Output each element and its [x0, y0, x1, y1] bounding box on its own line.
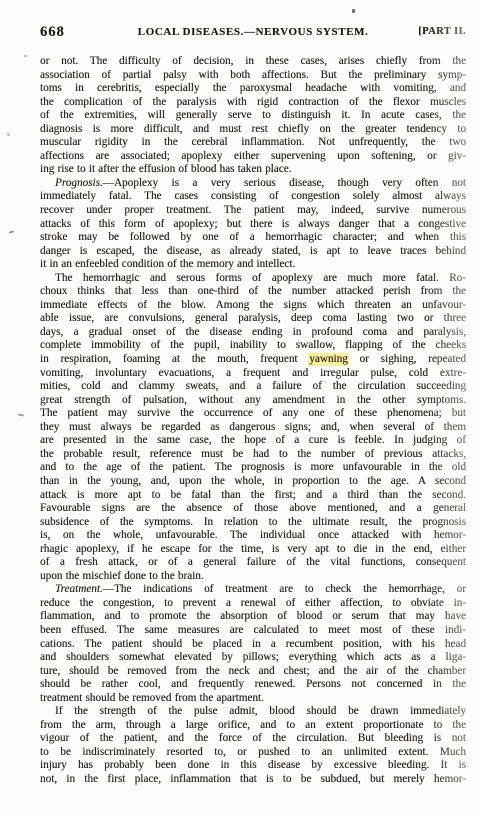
highlighted-word: yawning: [309, 353, 348, 365]
text-line: association of partial palsy with both a…: [40, 69, 466, 83]
text-line: the complication of the paralysis with r…: [40, 96, 466, 110]
text-line: immediate effects of the blow. Among the…: [40, 299, 466, 313]
text-line: rhagic apoplexy, if he escape for the ti…: [40, 543, 466, 557]
section-lead-word: Treatment.: [55, 583, 103, 595]
text-line: ing rise to it after the effusion of blo…: [40, 163, 466, 177]
paragraph: If the strength of the pulse admit, bloo…: [40, 705, 466, 786]
text-line: Prognosis.—Apoplexy is a very serious di…: [40, 177, 466, 191]
section-lead-word: Prognosis.: [55, 177, 103, 189]
text-line: attack is more apt to be fatal than the …: [40, 489, 466, 503]
scan-speckle: [7, 133, 10, 136]
scan-speckle: [9, 230, 14, 234]
text-line: days, a gradual onset of the disease end…: [40, 326, 466, 340]
page-number: 668: [40, 24, 65, 41]
text-line: stroke may be followed by one of a hemor…: [40, 231, 466, 245]
text-line: ture, should be removed from the neck an…: [40, 665, 466, 679]
text-line: than in the young, and, upon the whole, …: [40, 475, 466, 489]
text-line: of the extremities, will generally serve…: [40, 109, 466, 123]
text-line: they must always be regarded as dangerou…: [40, 421, 466, 435]
text-line: or not. The difficulty of decision, in t…: [40, 55, 466, 69]
text-line: flammation, and to promote the absorptio…: [40, 610, 466, 624]
text-line: reduce the congestion, to prevent a rene…: [40, 597, 466, 611]
text-line: not, in the first place, inflammation th…: [40, 773, 466, 787]
text-line: the probable result, reference must be h…: [40, 448, 466, 462]
text-line: is, on the whole, unfavourable. The indi…: [40, 529, 466, 543]
text-line: Favourable signs are the absence of thos…: [40, 502, 466, 516]
paragraph: or not. The difficulty of decision, in t…: [40, 55, 466, 177]
text-line: treatment should be removed from the apa…: [40, 692, 466, 706]
text-line: Treatment.—The indications of treatment …: [40, 583, 466, 597]
text-line: from the arm, through a large orifice, a…: [40, 719, 466, 733]
book-page: 668 LOCAL DISEASES.—NERVOUS SYSTEM. [PAR…: [0, 0, 480, 813]
scan-speckle: [352, 9, 355, 13]
text-line: vigour of the patient, and the force of …: [40, 732, 466, 746]
running-header: 668 LOCAL DISEASES.—NERVOUS SYSTEM. [PAR…: [40, 24, 466, 40]
text-line: of a fresh attack, or of a general failu…: [40, 556, 466, 570]
text-line: mities, cold and clammy sweats, and a fa…: [40, 380, 466, 394]
text-line: attacks of this form of apoplexy; but th…: [40, 218, 466, 232]
paragraph: The hemorrhagic and serous forms of apop…: [40, 272, 466, 584]
text-line: in respiration, foaming at the mouth, fr…: [40, 353, 466, 367]
text-line: are presented in the same case, the hope…: [40, 434, 466, 448]
text-line: vomiting, involuntary evacuations, a fre…: [40, 367, 466, 381]
text-line: The patient may survive the occurrence o…: [40, 407, 466, 421]
running-title: LOCAL DISEASES.—NERVOUS SYSTEM.: [138, 26, 369, 38]
text-line: subsidence of the symptoms. In relation …: [40, 516, 466, 530]
body-text: or not. The difficulty of decision, in t…: [40, 55, 466, 787]
text-line: complete immobility of the pupil, inabil…: [40, 339, 466, 353]
text-line: cations. The patient should be placed in…: [40, 638, 466, 652]
text-line: diagnosis is more difficult, and must re…: [40, 123, 466, 137]
scan-speckle: [24, 55, 27, 57]
text-line: and to the age of the patient. The progn…: [40, 461, 466, 475]
text-line: able issue, are convulsions, general par…: [40, 312, 466, 326]
text-line: it in an enfeebled condition of the memo…: [40, 258, 466, 272]
text-line: choux thinks that less than one-third of…: [40, 285, 466, 299]
text-line: affections are associated; apoplexy eith…: [40, 150, 466, 164]
text-line: muscular rigidity in the cerebral inflam…: [40, 136, 466, 150]
text-line: recover under proper treatment. The pati…: [40, 204, 466, 218]
text-line: should be rather cool, and frequently re…: [40, 678, 466, 692]
text-line: great strength of pulsation, without any…: [40, 394, 466, 408]
text-line: If the strength of the pulse admit, bloo…: [40, 705, 466, 719]
text-line: danger is escaped, the disease, as alrea…: [40, 245, 466, 259]
text-line: The hemorrhagic and serous forms of apop…: [40, 272, 466, 286]
text-line: toms in cerebritis, especially the parox…: [40, 82, 466, 96]
text-line: injury has probably been done in this di…: [40, 759, 466, 773]
text-line: to be indiscriminately resorted to, or p…: [40, 746, 466, 760]
paragraph: Treatment.—The indications of treatment …: [40, 583, 466, 705]
text-line: immediately fatal. The cases consisting …: [40, 190, 466, 204]
scan-speckle: [18, 413, 24, 416]
text-line: upon the mischief done to the brain.: [40, 570, 466, 584]
text-line: and shoulders somewhat elevated by pillo…: [40, 651, 466, 665]
text-line: been effused. The same measures are calc…: [40, 624, 466, 638]
part-label: [PART II.: [418, 26, 466, 37]
paragraph: Prognosis.—Apoplexy is a very serious di…: [40, 177, 466, 272]
